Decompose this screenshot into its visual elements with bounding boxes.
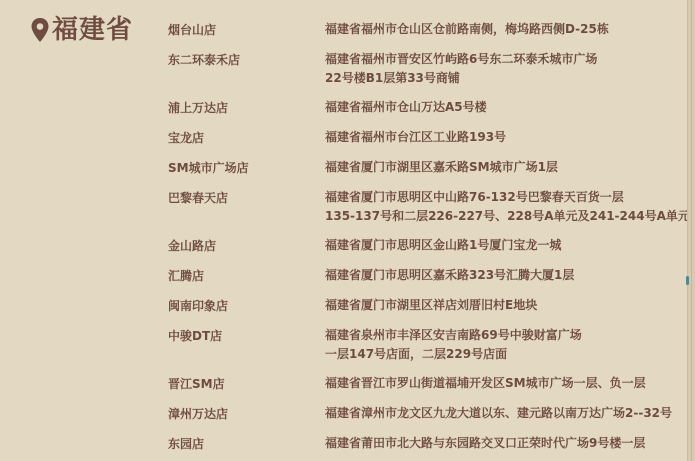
store-name: 巴黎春天店	[168, 188, 325, 208]
store-row: 中骏DT店 福建省泉州市丰泽区安吉南路69号中骏财富广场 一层147号店面，二层…	[168, 326, 683, 364]
store-name: 东园店	[168, 434, 325, 454]
address-line: 福建省漳州市龙文区九龙大道以东、建元路以南万达广场2--32号	[325, 404, 683, 423]
address-line: 福建省福州市仓山区仓前路南侧，梅坞路西侧D-25栋	[325, 20, 683, 39]
store-address: 福建省莆田市北大路与东园路交叉口正荣时代广场9号楼一层	[325, 434, 683, 453]
store-name: 东二环泰禾店	[168, 50, 325, 70]
address-line: 福建省厦门市思明区中山路76-132号巴黎春天百货一层	[325, 188, 690, 207]
address-line: 一层147号店面，二层229号店面	[325, 345, 683, 364]
scrollbar-track	[691, 0, 692, 461]
address-line: 福建省福州市仓山万达A5号楼	[325, 98, 683, 117]
store-row: 东园店 福建省莆田市北大路与东园路交叉口正荣时代广场9号楼一层	[168, 434, 683, 454]
address-line: 福建省厦门市思明区金山路1号厦门宝龙一城	[325, 236, 683, 255]
store-row: 金山路店 福建省厦门市思明区金山路1号厦门宝龙一城	[168, 236, 683, 256]
store-address: 福建省福州市仓山区仓前路南侧，梅坞路西侧D-25栋	[325, 20, 683, 39]
store-address: 福建省厦门市思明区中山路76-132号巴黎春天百货一层 135-137号和二层2…	[325, 188, 690, 226]
address-line: 福建省厦门市思明区嘉禾路323号汇腾大厦1层	[325, 266, 683, 285]
store-name: 金山路店	[168, 236, 325, 256]
store-row: 浦上万达店 福建省福州市仓山万达A5号楼	[168, 98, 683, 118]
store-address: 福建省漳州市龙文区九龙大道以东、建元路以南万达广场2--32号	[325, 404, 683, 423]
store-address: 福建省福州市仓山万达A5号楼	[325, 98, 683, 117]
store-row: 东二环泰禾店 福建省福州市晋安区竹屿路6号东二环泰禾城市广场 22号楼B1层第3…	[168, 50, 683, 88]
store-address: 福建省厦门市湖里区祥店刘厝旧村E地块	[325, 296, 683, 315]
store-address: 福建省福州市晋安区竹屿路6号东二环泰禾城市广场 22号楼B1层第33号商铺	[325, 50, 683, 88]
store-address: 福建省泉州市丰泽区安吉南路69号中骏财富广场 一层147号店面，二层229号店面	[325, 326, 683, 364]
store-row: 巴黎春天店 福建省厦门市思明区中山路76-132号巴黎春天百货一层 135-13…	[168, 188, 683, 226]
store-name: 浦上万达店	[168, 98, 325, 118]
address-line: 福建省泉州市丰泽区安吉南路69号中骏财富广场	[325, 326, 683, 345]
province-heading: 福建省	[31, 12, 133, 48]
address-line: 福建省厦门市湖里区祥店刘厝旧村E地块	[325, 296, 683, 315]
store-address: 福建省厦门市湖里区嘉禾路SM城市广场1层	[325, 158, 683, 177]
address-line: 福建省福州市晋安区竹屿路6号东二环泰禾城市广场	[325, 50, 683, 69]
store-name: SM城市广场店	[168, 158, 325, 178]
address-line: 福建省晋江市罗山街道福埔开发区SM城市广场一层、负一层	[325, 374, 683, 393]
address-line: 22号楼B1层第33号商铺	[325, 69, 683, 88]
store-name: 闽南印象店	[168, 296, 325, 316]
scrollbar[interactable]	[687, 0, 695, 461]
address-line: 135-137号和二层226-227号、228号A单元及241-244号A单元	[325, 207, 690, 226]
store-row: SM城市广场店 福建省厦门市湖里区嘉禾路SM城市广场1层	[168, 158, 683, 178]
store-name: 中骏DT店	[168, 326, 325, 346]
store-row: 烟台山店 福建省福州市仓山区仓前路南侧，梅坞路西侧D-25栋	[168, 20, 683, 40]
address-line: 福建省莆田市北大路与东园路交叉口正荣时代广场9号楼一层	[325, 434, 683, 453]
store-row: 闽南印象店 福建省厦门市湖里区祥店刘厝旧村E地块	[168, 296, 683, 316]
store-row: 汇腾店 福建省厦门市思明区嘉禾路323号汇腾大厦1层	[168, 266, 683, 286]
store-address: 福建省福州市台江区工业路193号	[325, 128, 683, 147]
store-list: 烟台山店 福建省福州市仓山区仓前路南侧，梅坞路西侧D-25栋 东二环泰禾店 福建…	[168, 20, 683, 461]
scroll-marker[interactable]	[686, 276, 689, 285]
store-row: 宝龙店 福建省福州市台江区工业路193号	[168, 128, 683, 148]
map-pin-icon	[31, 18, 49, 42]
store-address: 福建省晋江市罗山街道福埔开发区SM城市广场一层、负一层	[325, 374, 683, 393]
store-address: 福建省厦门市思明区嘉禾路323号汇腾大厦1层	[325, 266, 683, 285]
store-name: 烟台山店	[168, 20, 325, 40]
store-address: 福建省厦门市思明区金山路1号厦门宝龙一城	[325, 236, 683, 255]
store-name: 漳州万达店	[168, 404, 325, 424]
province-name: 福建省	[52, 12, 133, 48]
store-row: 漳州万达店 福建省漳州市龙文区九龙大道以东、建元路以南万达广场2--32号	[168, 404, 683, 424]
address-line: 福建省福州市台江区工业路193号	[325, 128, 683, 147]
store-name: 晋江SM店	[168, 374, 325, 394]
address-line: 福建省厦门市湖里区嘉禾路SM城市广场1层	[325, 158, 683, 177]
store-name: 汇腾店	[168, 266, 325, 286]
store-row: 晋江SM店 福建省晋江市罗山街道福埔开发区SM城市广场一层、负一层	[168, 374, 683, 394]
store-name: 宝龙店	[168, 128, 325, 148]
